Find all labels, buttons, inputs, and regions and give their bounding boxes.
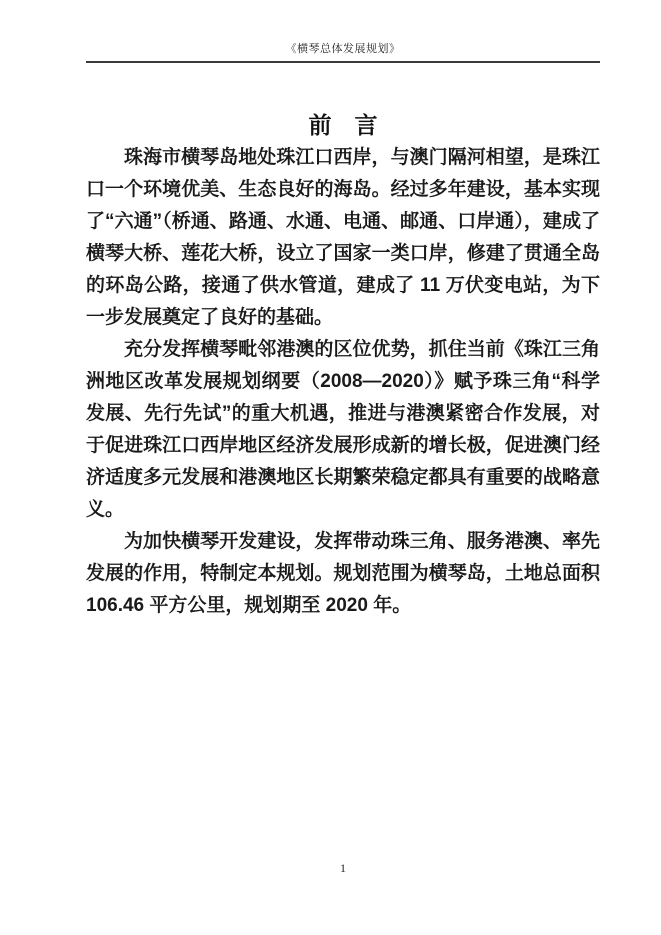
preface-title: 前 言 — [86, 110, 600, 140]
body-paragraph-2: 充分发挥横琴毗邻港澳的区位优势，抓住当前《珠江三角洲地区改革发展规划纲要（200… — [86, 334, 600, 526]
header-rule — [86, 61, 600, 63]
document-page: 《横琴总体发展规划》 前 言 珠海市横琴岛地处珠江口西岸，与澳门隔河相望，是珠江… — [0, 0, 661, 935]
running-header: 《横琴总体发展规划》 — [86, 42, 600, 57]
page-number: 1 — [86, 860, 600, 876]
body-paragraph-3: 为加快横琴开发建设，发挥带动珠三角、服务港澳、率先发展的作用，特制定本规划。规划… — [86, 526, 600, 622]
body-paragraph-1: 珠海市横琴岛地处珠江口西岸，与澳门隔河相望，是珠江口一个环境优美、生态良好的海岛… — [86, 142, 600, 334]
page-content: 前 言 珠海市横琴岛地处珠江口西岸，与澳门隔河相望，是珠江口一个环境优美、生态良… — [86, 110, 600, 622]
running-header-text: 《横琴总体发展规划》 — [286, 43, 401, 55]
